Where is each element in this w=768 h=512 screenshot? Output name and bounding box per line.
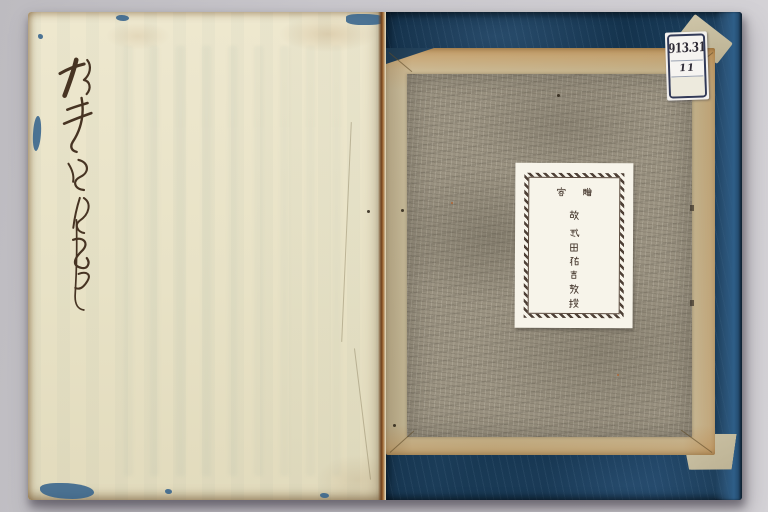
binding-hole (401, 209, 404, 212)
binding-gutter (378, 12, 386, 500)
paper-speck (617, 374, 619, 376)
page-crease (354, 348, 371, 479)
wear-mark (690, 205, 694, 211)
inside-back-cover: 913.31 11 (386, 12, 742, 500)
cover-fore-edge (715, 12, 742, 500)
photo-background: 913.31 11 (0, 0, 768, 512)
blue-pigment-stain (38, 34, 43, 39)
blue-pigment-stain (320, 493, 329, 498)
kanji-kichi (568, 270, 579, 281)
open-book: 913.31 11 (28, 12, 742, 500)
kanji-ko (569, 210, 580, 221)
kanji-yu (568, 256, 579, 267)
blue-pigment-stain (165, 489, 172, 494)
call-number-volume: 11 (670, 60, 705, 76)
binding-hole (393, 424, 396, 427)
page-showthrough-texture (124, 46, 350, 476)
blue-pigment-stain (31, 116, 42, 152)
bookplate-header-kizo (515, 187, 633, 198)
kanji-ki (556, 187, 566, 197)
kanji-take (569, 228, 580, 239)
left-flyleaf-page (28, 12, 382, 500)
bookplate-name-column (568, 210, 580, 309)
title-calligraphy (42, 47, 127, 328)
donation-bookplate (515, 163, 634, 329)
blue-pigment-stain (40, 483, 94, 499)
call-number-empty-row (670, 76, 705, 96)
kanji-ju (568, 298, 579, 309)
kanji-zo (582, 187, 592, 197)
kanji-kyo (568, 284, 579, 295)
call-number-label: 913.31 11 (665, 31, 709, 100)
blue-pigment-stain (346, 14, 382, 25)
wear-mark (690, 300, 694, 306)
binding-hole (557, 94, 560, 97)
binding-hole (367, 210, 370, 213)
call-number-frame: 913.31 11 (667, 33, 707, 98)
call-number-class: 913.31 (669, 35, 704, 60)
paper-speck (451, 202, 453, 204)
blue-pigment-stain (116, 15, 129, 21)
kanji-da (568, 242, 579, 253)
